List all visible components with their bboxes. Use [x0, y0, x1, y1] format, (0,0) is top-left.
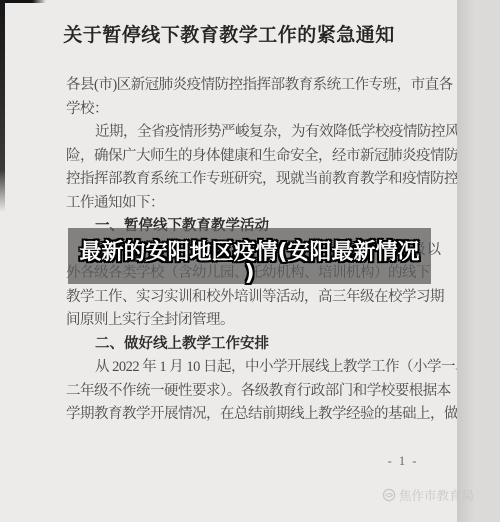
document-line: 二、做好线上教学工作安排: [66, 333, 442, 357]
photo-edge-top: [0, 0, 46, 3]
caption-text-line2: ): [68, 261, 431, 287]
caption-overlay: 最新的安阳地区疫情(安阳最新情况 ): [68, 228, 431, 284]
document-line: 二年级不作统一硬性要求）。各级教育行政部门和学校要根据本: [66, 380, 442, 404]
document-line: 从 2022 年 1 月 10 日起，中小学开展线上教学工作（小学一、: [66, 356, 442, 380]
document-line: 控指挥部教育系统工作专班研究，现就当前教育教学和疫情防控: [66, 168, 442, 192]
document-line: 学期教育教学开展情况，在总结前期线上教学经验的基础上，做: [66, 403, 442, 427]
watermark: 焦作市教育局: [382, 486, 474, 504]
document-line: 险，确保广大师生的身体健康和生命安全，经市新冠肺炎疫情防: [66, 145, 442, 169]
document-line: 间原则上实行全封闭管理。: [66, 309, 442, 333]
document-line: 教学工作、实习实训和校外培训等活动，高三年级在校学习期: [66, 286, 442, 310]
photo-edge-left: [0, 0, 5, 212]
document-line: 学校：: [66, 98, 442, 122]
document-line: 工作通知如下：: [66, 192, 442, 216]
document-title: 关于暂停线下教育教学工作的紧急通知: [0, 20, 458, 47]
screenshot-root: 关于暂停线下教育教学工作的紧急通知 各县(市)区新冠肺炎疫情防控指挥部教育系统工…: [0, 0, 500, 522]
page-number: - 1 -: [383, 454, 423, 469]
document-line: 近期，全省疫情形势严峻复杂，为有效降低学校疫情防控风: [66, 121, 442, 145]
jiaozuo-education-bureau-logo-icon: [382, 488, 396, 502]
scan-background-strip: [457, 0, 500, 522]
document-line: 各县(市)区新冠肺炎疫情防控指挥部教育系统工作专班，市直各: [66, 74, 442, 98]
watermark-label: 焦作市教育局: [399, 486, 474, 504]
